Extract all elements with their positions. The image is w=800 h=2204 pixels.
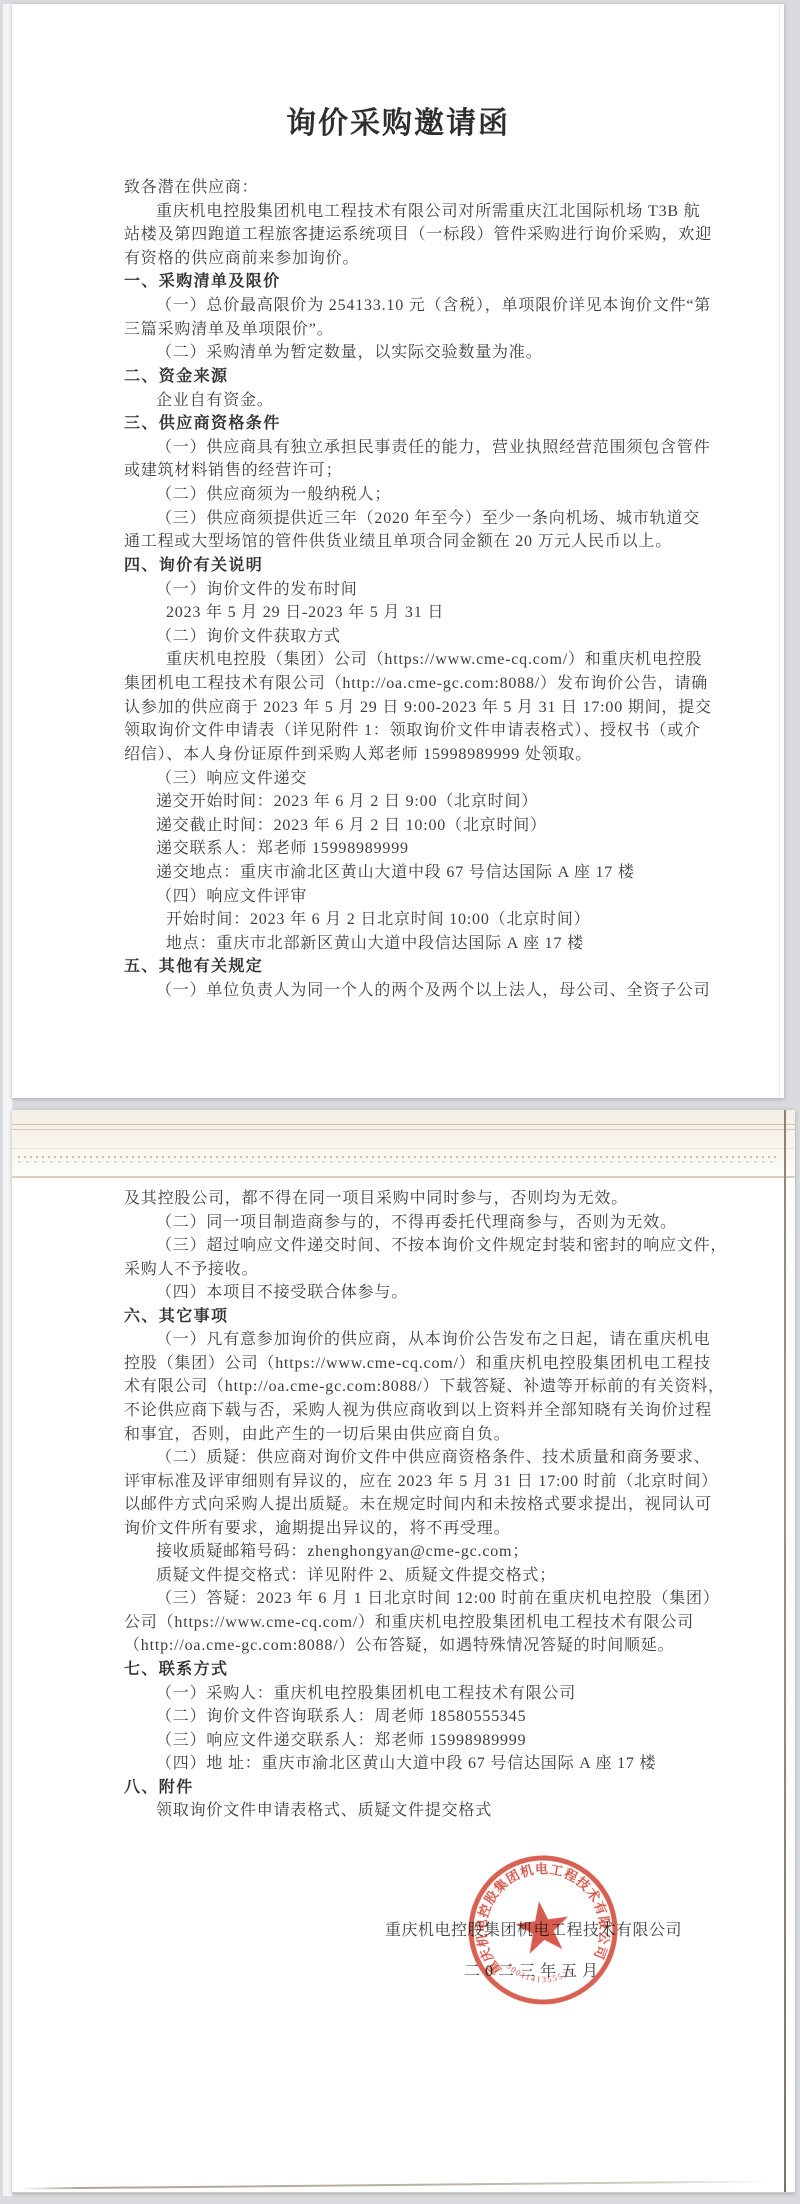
document-line: 企业自有资金。 [156,391,274,411]
document-line: 术有限公司（http://oa.cme-gc.com:8088/）下载答疑、补遗… [124,1377,725,1397]
document-line: 质疑文件提交格式：详见附件 2、质疑文件提交格式； [156,1566,556,1586]
document-line: 领取询价文件申请表格式、质疑文件提交格式 [156,1801,492,1821]
scan-artifact-speckle [18,1161,778,1163]
document-line: 接收质疑邮箱号码：zhenghongyan@cme-gc.com； [156,1542,529,1562]
seal-star-icon [513,1898,573,1956]
document-line: 二、资金来源 [124,367,228,387]
document-line: 递交联系人：郑老师 15998989999 [156,839,409,859]
document-line: 一、采购清单及限价 [124,272,281,292]
document-line: （一）询价文件的发布时间 [156,580,358,600]
document-line: （一）供应商具有独立承担民事责任的能力，营业执照经营范围须包含管件 [156,438,710,458]
document-line: 以邮件方式向采购人提出质疑。未在规定时间内和未按格式要求提出，视同认可 [124,1495,712,1515]
seal-serial-text: 5001141355521 [504,1952,577,1990]
document-line: （一）单位负责人为同一个人的两个及两个以上法人，母公司、全资子公司 [156,981,710,1001]
document-line: 四、询价有关说明 [124,556,263,576]
document-line: 有资格的供应商前来参加询价。 [124,249,359,269]
document-line: 六、其它事项 [124,1307,228,1327]
document-line: （二）询价文件获取方式 [156,627,341,647]
document-title: 询价采购邀请函 [12,98,784,142]
document-page-2: 及其控股公司，都不得在同一项目采购中同时参与，否则均为无效。（二）同一项目制造商… [12,1110,795,2193]
document-line: 2023 年 5 月 29 日-2023 年 5 月 31 日 [166,603,444,623]
document-line: 开始时间：2023 年 6 月 2 日北京时间 10:00（北京时间） [166,910,590,930]
document-line: 八、附件 [124,1778,194,1798]
document-line: 三篇采购清单及单项限价”。 [124,320,334,340]
document-line: （二）质疑：供应商对询价文件中供应商资格条件、技术质量和商务要求、 [156,1448,710,1468]
scan-page-fold-line [784,1110,786,2192]
scan-artifact-line [12,1176,795,1178]
document-line: 七、联系方式 [124,1660,228,1680]
document-line: 站楼及第四跑道工程旅客捷运系统项目（一标段）管件采购进行询价采购，欢迎 [124,225,712,245]
document-line: （一）总价最高限价为 254133.10 元（含税），单项限价详见本询价文件“第 [156,296,711,316]
scan-paper-edge-line [18,2180,770,2189]
scan-artifact-line [12,1129,795,1130]
document-line: 领取询价文件申请表（详见附件 1：领取询价文件申请表格式）、授权书（或介 [124,721,701,741]
document-line: 评审标准及评审细则有异议的，应在 2023 年 5 月 31 日 17:00 时… [124,1472,718,1492]
document-line: （一）凡有意参加询价的供应商，从本询价公告发布之日起，请在重庆机电 [156,1330,710,1350]
svg-text:5001141355521: 5001141355521 [504,1952,577,1990]
document-line: （一）采购人：重庆机电控股集团机电工程技术有限公司 [156,1684,576,1704]
scan-artifact-line [12,1124,795,1125]
document-line: 递交截止时间：2023 年 6 月 2 日 10:00（北京时间） [156,816,547,836]
scan-artifact-band [12,1110,795,1180]
document-line: 致各潜在供应商： [124,178,258,198]
document-line: 不论供应商下载与否，采购人视为供应商收到以上资料并全部知晓有关询价过程 [124,1401,712,1421]
page-edge-shadow [779,4,780,1098]
document-line: （四）地 址：重庆市渝北区黄山大道中段 67 号信达国际 A 座 17 楼 [156,1754,656,1774]
document-line: 重庆机电控股集团机电工程技术有限公司对所需重庆江北国际机场 T3B 航 [156,202,700,222]
document-line: 控股（集团）公司（https://www.cme-cq.com/）和重庆机电控股… [124,1354,711,1374]
document-line: （二）采购清单为暂定数量，以实际交验数量为准。 [156,343,542,363]
document-page-1: 询价采购邀请函 致各潜在供应商：重庆机电控股集团机电工程技术有限公司对所需重庆江… [12,4,784,1098]
document-line: 绍信）、本人身份证原件到采购人郑老师 15998989999 处领取。 [124,745,592,765]
scan-artifact-line [12,1148,795,1149]
document-line: 五、其他有关规定 [124,957,263,977]
document-line: 三、供应商资格条件 [124,414,281,434]
document-line: 采购人不予接收。 [124,1260,258,1280]
document-line: （三）响应文件递交联系人：郑老师 15998989999 [156,1731,526,1751]
document-line: （三）答疑：2023 年 6 月 1 日北京时间 12:00 时前在重庆机电控股… [156,1589,720,1609]
document-line: （二）询价文件咨询联系人：周老师 18580555345 [156,1707,526,1727]
document-line: 及其控股公司，都不得在同一项目采购中同时参与，否则均为无效。 [124,1189,628,1209]
scan-artifact-speckle [18,1156,778,1158]
document-line: 地点：重庆市北部新区黄山大道中段信达国际 A 座 17 楼 [166,934,584,954]
company-seal-stamp-icon: 重庆机电控股集团机电工程技术有限公司 5001141355521 [455,1842,631,2018]
document-line: 重庆机电控股（集团）公司（https://www.cme-cq.com/）和重庆… [166,650,702,670]
document-line: （四）本项目不接受联合体参与。 [156,1283,408,1303]
document-line: （二）同一项目制造商参与的，不得再委托代理商参与，否则为无效。 [156,1213,677,1233]
document-line: （三）供应商须提供近三年（2020 年至今）至少一条向机场、城市轨道交 [156,509,700,529]
document-line: （http://oa.cme-gc.com:8088/）公布答疑，如遇特殊情况答… [124,1636,674,1656]
document-line: 询价文件所有要求，逾期提出异议的，将不再受理。 [124,1519,510,1539]
document-line: （四）响应文件评审 [156,887,307,907]
document-line: 认参加的供应商于 2023 年 5 月 29 日 9:00-2023 年 5 月… [124,698,712,718]
document-line: 通工程或大型场馆的管件供货业绩且单项合同金额在 20 万元人民币以上。 [124,532,672,552]
document-line: 或建筑材料销售的经营许可； [124,461,342,481]
scanned-document-viewer: { "colors": { "canvas_background": "#d9d… [0,0,800,2204]
document-line: 和事宜，否则，由此产生的一切后果由供应商自负。 [124,1425,510,1445]
document-line: （二）供应商须为一般纳税人； [156,485,391,505]
document-line: 递交地点：重庆市渝北区黄山大道中段 67 号信达国际 A 座 17 楼 [156,863,635,883]
document-line: 递交开始时间：2023 年 6 月 2 日 9:00（北京时间） [156,792,538,812]
document-line: （三）响应文件递交 [156,769,307,789]
document-line: 集团机电工程技术有限公司（http://oa.cme-gc.com:8088/）… [124,674,708,694]
document-line: 公司（https://www.cme-cq.com/）和重庆机电控股集团机电工程… [124,1613,694,1633]
document-line: （三）超过响应文件递交时间、不按本询价文件规定封装和密封的响应文件， [156,1236,727,1256]
